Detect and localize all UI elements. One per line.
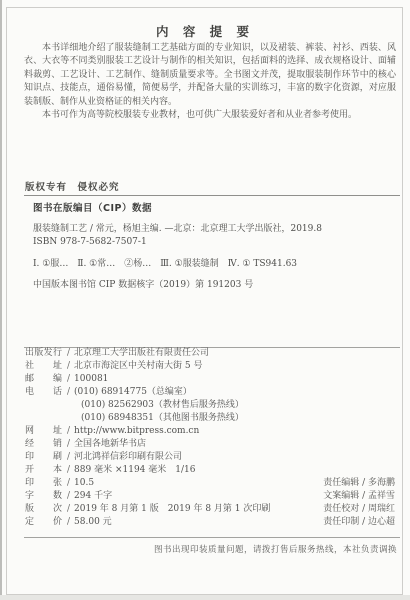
publishing-value: 10.5 (74, 478, 94, 488)
publishing-value: 河北鸿祥信彩印刷有限公司 (74, 452, 182, 462)
publishing-label: 邮编 (25, 373, 62, 386)
publishing-row-wordcount: 字数/294 千字 文案编辑 / 孟祥雪 (25, 490, 397, 503)
publishing-label: 开本 (25, 464, 62, 477)
cip-record-number: 中国版本图书馆 CIP 数据核字（2019）第 191203 号 (33, 277, 393, 290)
publishing-label: 版次 (25, 503, 62, 516)
staff-credit-print-supervisor: 责任印制 / 边心超 (323, 516, 395, 529)
publishing-label: 社址 (25, 360, 62, 373)
publishing-value: 294 千字 (74, 491, 112, 501)
staff-credit-proofreader: 责任校对 / 周瑞红 (323, 503, 395, 516)
website-url: http://www.bitpress.com.cn (74, 426, 199, 436)
publishing-row-format: 开本/889 毫米 ×1194 毫米 1/16 (25, 464, 397, 477)
slash-separator: / (67, 464, 70, 477)
publishing-value: 2019 年 8 月第 1 版 2019 年 8 月第 1 次印刷 (74, 504, 270, 514)
slash-separator: / (67, 490, 70, 503)
publishing-row-postcode: 邮编/100081 (25, 373, 397, 386)
book-copyright-page: { "summary": { "title": "内 容 提 要", "para… (0, 0, 410, 600)
slash-separator: / (67, 516, 70, 529)
slash-separator: / (67, 451, 70, 464)
cip-heading: 图书在版编目（CIP）数据 (33, 200, 393, 214)
publishing-info-list: 出版发行/北京理工大学出版社有限责任公司 社址/北京市海淀区中关村南大街 5 号… (25, 347, 397, 529)
publishing-row-edition: 版次/2019 年 8 月第 1 版 2019 年 8 月第 1 次印刷 责任校… (25, 503, 397, 516)
publishing-row-sheets: 印张/10.5 责任编辑 / 多海鹏 (25, 477, 397, 490)
publishing-row-distribution: 经销/全国各地新华书店 (25, 438, 397, 451)
publishing-label: 网址 (25, 425, 62, 438)
scan-left-edge (0, 0, 2, 600)
phone-number: (010) 68948351（其他图书服务热线） (81, 413, 244, 423)
copyright-notice: 版权专有 侵权必究 (25, 179, 120, 193)
phone-number: (010) 82562903（教材售后服务热线） (81, 400, 244, 410)
quality-notice: 图书出现印装质量问题，请拨打售后服务热线，本社负责调换 (0, 543, 397, 555)
phone-extra-line-1: (010) 82562903（教材售后服务热线） (25, 399, 397, 412)
phone-extra-line-2: (010) 68948351（其他图书服务热线） (25, 412, 397, 425)
publishing-value: 北京理工大学出版社有限责任公司 (74, 348, 209, 358)
publishing-value: 100081 (74, 374, 108, 384)
publishing-value: 889 毫米 ×1194 毫米 1/16 (74, 465, 195, 475)
publishing-label: 定价 (25, 516, 62, 529)
publishing-label: 电话 (25, 386, 62, 399)
cip-classification: Ⅰ. ①服… Ⅱ. ①常… ②杨… Ⅲ. ①服装缝制 Ⅳ. ① TS941.63 (33, 256, 393, 269)
summary-paragraph-2: 本书可作为高等院校服装专业教材，也可供广大服装爱好者和从业者参考使用。 (24, 109, 396, 122)
publishing-label: 印刷 (25, 451, 62, 464)
divider-bottom (24, 537, 400, 538)
slash-separator: / (67, 477, 70, 490)
summary-title: 内 容 提 要 (0, 22, 410, 40)
slash-separator: / (67, 425, 70, 438)
slash-separator: / (67, 503, 70, 516)
slash-separator: / (67, 347, 70, 360)
cip-section: 图书在版编目（CIP）数据 服装缝制工艺 / 常元，杨旭主编. —北京：北京理工… (33, 200, 393, 290)
publishing-row-address: 社址/北京市海淀区中关村南大街 5 号 (25, 360, 397, 373)
publishing-value: (010) 68914775（总编室） (74, 387, 192, 397)
cip-isbn: ISBN 978-7-5682-7507-1 (33, 237, 393, 247)
divider-top (24, 195, 400, 196)
slash-separator: / (67, 438, 70, 451)
publishing-row-phone: 电话/(010) 68914775（总编室） (25, 386, 397, 399)
publishing-value: 58.00 元 (74, 517, 112, 527)
publishing-row-publisher: 出版发行/北京理工大学出版社有限责任公司 (25, 347, 397, 360)
staff-credit-editor: 责任编辑 / 多海鹏 (323, 477, 395, 490)
publishing-label: 经销 (25, 438, 62, 451)
slash-separator: / (67, 386, 70, 399)
publishing-label: 字数 (25, 490, 62, 503)
cip-title-line: 服装缝制工艺 / 常元，杨旭主编. —北京：北京理工大学出版社，2019.8 (33, 221, 393, 234)
publishing-value: 北京市海淀区中关村南大街 5 号 (74, 361, 202, 371)
publishing-row-website: 网址/http://www.bitpress.com.cn (25, 425, 397, 438)
scan-bottom-edge (0, 595, 410, 600)
slash-separator: / (67, 373, 70, 386)
publishing-label: 出版发行 (25, 347, 62, 360)
publishing-row-printer: 印刷/河北鸿祥信彩印刷有限公司 (25, 451, 397, 464)
publishing-label: 印张 (25, 477, 62, 490)
content-summary-section: 本书详细地介绍了服装缝制工艺基础方面的专业知识，以及裙装、裤装、衬衫、西装、风衣… (24, 42, 396, 122)
staff-credit-copy-editor: 文案编辑 / 孟祥雪 (323, 490, 395, 503)
summary-paragraph-1: 本书详细地介绍了服装缝制工艺基础方面的专业知识，以及裙装、裤装、衬衫、西装、风衣… (24, 42, 396, 109)
publishing-row-price: 定价/58.00 元 责任印制 / 边心超 (25, 516, 397, 529)
slash-separator: / (67, 360, 70, 373)
publishing-value: 全国各地新华书店 (74, 439, 146, 449)
